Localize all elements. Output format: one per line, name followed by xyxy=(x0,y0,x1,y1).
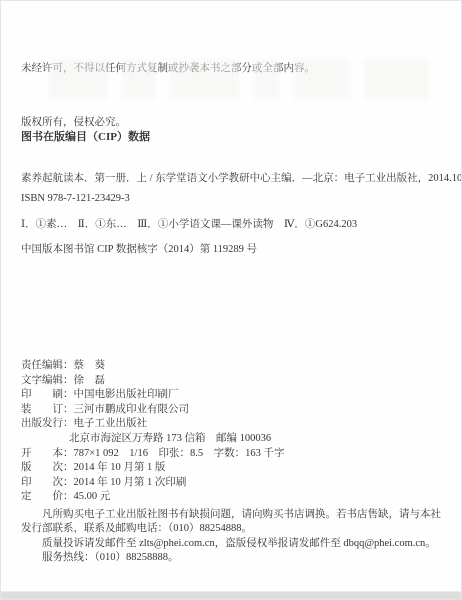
colophon-row-publisher-address: 北京市海淀区万寿路 173 信箱 邮编 100036 xyxy=(21,432,284,447)
colophon-block: 责任编辑： 蔡 葵 文字编辑： 徐 磊 印 刷： 中国电影出版社印刷厂 装 订：… xyxy=(21,359,284,505)
colophon-label: 出版发行： xyxy=(21,417,74,432)
colophon-label: 印 次： xyxy=(21,476,74,491)
exchange-notice: 凡所购买电子工业出版社图书有缺损问题，请向购买书店调换。若书店售缺，请与本社发行… xyxy=(21,508,443,537)
scan-artifact xyxy=(170,59,239,99)
colophon-label: 文字编辑： xyxy=(21,374,74,389)
cip-classification: Ⅰ．①素… Ⅱ．①东… Ⅲ．①小学语文课—课外读物 Ⅳ．①G624.203 xyxy=(21,218,451,232)
colophon-value: 787×1 092 1/16 印张：8.5 字数：163 千字 xyxy=(74,447,285,462)
colophon-row-publisher: 出版发行： 电子工业出版社 xyxy=(21,417,284,432)
colophon-value: 蔡 葵 xyxy=(74,359,106,374)
scan-artifact xyxy=(122,59,156,99)
scan-artifact xyxy=(364,59,429,99)
colophon-value: 2014 年 10 月第 1 次印刷 xyxy=(74,476,187,491)
colophon-label: 开 本： xyxy=(21,447,74,462)
service-notices: 凡所购买电子工业出版社图书有缺损问题，请向购买书店调换。若书店售缺，请与本社发行… xyxy=(21,508,443,566)
scan-bleed-through-artifact xyxy=(49,59,429,99)
colophon-label: 版 次： xyxy=(21,461,74,476)
quality-complaint-notice: 质量投诉请发邮件至 zlts@phei.com.cn，盗版侵权举报请发邮件至 d… xyxy=(21,537,443,551)
colophon-value: 45.00 元 xyxy=(74,490,111,505)
scan-artifact xyxy=(293,59,350,99)
colophon-value: 中国电影出版社印刷厂 xyxy=(74,388,179,403)
colophon-label: 装 订： xyxy=(21,403,74,418)
colophon-row-printer: 印 刷： 中国电影出版社印刷厂 xyxy=(21,388,284,403)
colophon-row-responsible-editor: 责任编辑： 蔡 葵 xyxy=(21,359,284,374)
colophon-row-edition: 版 次： 2014 年 10 月第 1 版 xyxy=(21,461,284,476)
colophon-label: 责任编辑： xyxy=(21,359,74,374)
colophon-row-price: 定 价： 45.00 元 xyxy=(21,490,284,505)
colophon-label: 印 刷： xyxy=(21,388,74,403)
service-hotline: 服务热线：（010）88258888。 xyxy=(21,551,443,565)
colophon-row-impression: 印 次： 2014 年 10 月第 1 次印刷 xyxy=(21,476,284,491)
colophon-value: 电子工业出版社 xyxy=(74,417,148,432)
colophon-value: 三河市鹏成印业有限公司 xyxy=(74,403,190,418)
cip-section-heading: 图书在版编目（CIP）数据 xyxy=(21,128,150,144)
scan-artifact xyxy=(49,59,108,99)
colophon-value: 北京市海淀区万寿路 173 信箱 邮编 100036 xyxy=(69,432,271,447)
cip-record-number: 中国版本图书馆 CIP 数据核字（2014）第 119289 号 xyxy=(21,243,451,257)
isbn-number: ISBN 978-7-121-23429-3 xyxy=(21,192,451,206)
scan-edge-band xyxy=(1,591,461,599)
colophon-label xyxy=(21,432,69,447)
colophon-value: 徐 磊 xyxy=(74,374,106,389)
cip-book-description: 素养起航读本．第一册．上 / 东学堂语文小学教研中心主编．—北京：电子工业出版社… xyxy=(21,172,451,186)
cip-data-block: 素养起航读本．第一册．上 / 东学堂语文小学教研中心主编．—北京：电子工业出版社… xyxy=(21,172,451,257)
colophon-row-format: 开 本： 787×1 092 1/16 印张：8.5 字数：163 千字 xyxy=(21,447,284,462)
scan-artifact xyxy=(253,59,279,99)
colophon-row-binder: 装 订： 三河市鹏成印业有限公司 xyxy=(21,403,284,418)
colophon-row-text-editor: 文字编辑： 徐 磊 xyxy=(21,374,284,389)
colophon-value: 2014 年 10 月第 1 版 xyxy=(74,461,166,476)
copyright-page: 未经许可，不得以任何方式复制或抄袭本书之部分或全部内容。 版权所有，侵权必究。 … xyxy=(0,0,462,600)
colophon-label: 定 价： xyxy=(21,490,74,505)
